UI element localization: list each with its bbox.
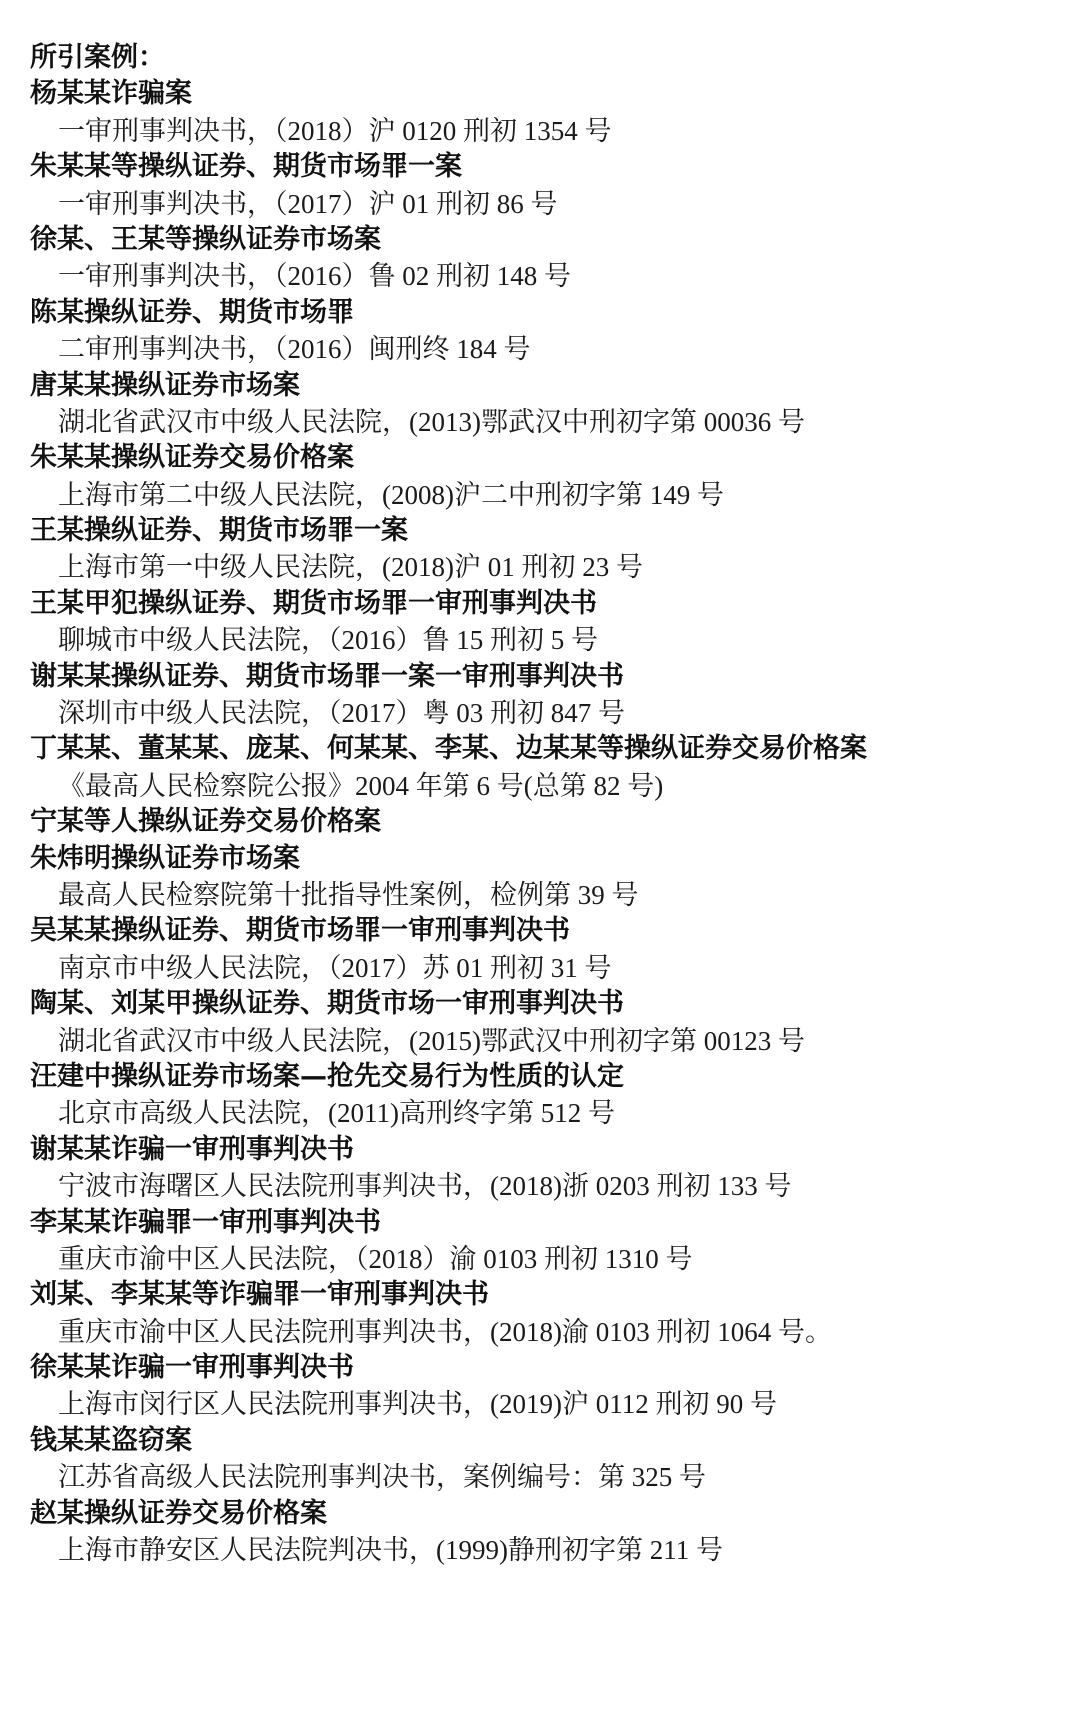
case-entry: 汪建中操纵证券市场案—抢先交易行为性质的认定 北京市高级人民法院，(2011)高… (30, 1059, 1060, 1132)
case-title: 王某甲犯操纵证券、期货市场罪一审刑事判决书 (30, 586, 1060, 622)
case-entry: 陈某操纵证券、期货市场罪 二审刑事判决书，（2016）闽刑终 184 号 (30, 295, 1060, 368)
case-entry: 陶某、刘某甲操纵证券、期货市场一审刑事判决书 湖北省武汉市中级人民法院，(201… (30, 986, 1060, 1059)
case-entry: 宁某等人操纵证券交易价格案 (30, 804, 1060, 840)
case-citation: 聊城市中级人民法院，（2016）鲁 15 刑初 5 号 (30, 622, 1060, 658)
case-title: 吴某某操纵证券、期货市场罪一审刑事判决书 (30, 913, 1060, 949)
case-citation: 最高人民检察院第十批指导性案例，检例第 39 号 (30, 877, 1060, 913)
case-citation: 湖北省武汉市中级人民法院，(2015)鄂武汉中刑初字第 00123 号 (30, 1023, 1060, 1059)
case-citation: 湖北省武汉市中级人民法院，(2013)鄂武汉中刑初字第 00036 号 (30, 404, 1060, 440)
case-citation: 重庆市渝中区人民法院刑事判决书，(2018)渝 0103 刑初 1064 号。 (30, 1314, 1060, 1350)
case-title: 李某某诈骗罪一审刑事判决书 (30, 1205, 1060, 1241)
case-citation: 《最高人民检察院公报》2004 年第 6 号(总第 82 号) (30, 768, 1060, 804)
case-citation: 南京市中级人民法院，（2017）苏 01 刑初 31 号 (30, 950, 1060, 986)
case-entry: 徐某、王某等操纵证券市场案 一审刑事判决书，（2016）鲁 02 刑初 148 … (30, 222, 1060, 295)
case-title: 徐某某诈骗一审刑事判决书 (30, 1350, 1060, 1386)
case-citation: 宁波市海曙区人民法院刑事判决书，(2018)浙 0203 刑初 133 号 (30, 1168, 1060, 1204)
case-entry: 谢某某操纵证券、期货市场罪一案一审刑事判决书 深圳市中级人民法院，（2017）粤… (30, 659, 1060, 732)
case-citation: 一审刑事判决书，（2016）鲁 02 刑初 148 号 (30, 258, 1060, 294)
case-entry: 唐某某操纵证券市场案 湖北省武汉市中级人民法院，(2013)鄂武汉中刑初字第 0… (30, 368, 1060, 441)
case-entry: 杨某某诈骗案 一审刑事判决书，（2018）沪 0120 刑初 1354 号 (30, 76, 1060, 149)
case-citation: 北京市高级人民法院，(2011)高刑终字第 512 号 (30, 1095, 1060, 1131)
case-title: 徐某、王某等操纵证券市场案 (30, 222, 1060, 258)
case-title: 赵某操纵证券交易价格案 (30, 1496, 1060, 1532)
case-entry: 王某操纵证券、期货市场罪一案 上海市第一中级人民法院，(2018)沪 01 刑初… (30, 513, 1060, 586)
case-entry: 王某甲犯操纵证券、期货市场罪一审刑事判决书 聊城市中级人民法院，（2016）鲁 … (30, 586, 1060, 659)
case-entry: 丁某某、董某某、庞某、何某某、李某、边某某等操纵证券交易价格案 《最高人民检察院… (30, 731, 1060, 804)
case-entry: 吴某某操纵证券、期货市场罪一审刑事判决书 南京市中级人民法院，（2017）苏 0… (30, 913, 1060, 986)
case-entry: 徐某某诈骗一审刑事判决书 上海市闵行区人民法院刑事判决书，(2019)沪 011… (30, 1350, 1060, 1423)
case-citation: 重庆市渝中区人民法院，（2018）渝 0103 刑初 1310 号 (30, 1241, 1060, 1277)
case-citation: 二审刑事判决书，（2016）闽刑终 184 号 (30, 331, 1060, 367)
case-title: 陈某操纵证券、期货市场罪 (30, 295, 1060, 331)
section-heading: 所引案例： (30, 40, 1060, 76)
case-citation: 深圳市中级人民法院，（2017）粤 03 刑初 847 号 (30, 695, 1060, 731)
case-citation: 江苏省高级人民法院刑事判决书，案例编号：第 325 号 (30, 1459, 1060, 1495)
cited-cases-document: 所引案例： 杨某某诈骗案 一审刑事判决书，（2018）沪 0120 刑初 135… (30, 40, 1060, 1568)
case-entry: 谢某某诈骗一审刑事判决书 宁波市海曙区人民法院刑事判决书，(2018)浙 020… (30, 1132, 1060, 1205)
case-title: 谢某某诈骗一审刑事判决书 (30, 1132, 1060, 1168)
case-citation: 上海市第二中级人民法院，(2008)沪二中刑初字第 149 号 (30, 477, 1060, 513)
case-title: 唐某某操纵证券市场案 (30, 368, 1060, 404)
case-entry: 刘某、李某某等诈骗罪一审刑事判决书 重庆市渝中区人民法院刑事判决书，(2018)… (30, 1277, 1060, 1350)
case-citation: 上海市静安区人民法院判决书，(1999)静刑初字第 211 号 (30, 1532, 1060, 1568)
case-citation: 一审刑事判决书，（2017）沪 01 刑初 86 号 (30, 186, 1060, 222)
case-title: 汪建中操纵证券市场案—抢先交易行为性质的认定 (30, 1059, 1060, 1095)
case-title: 王某操纵证券、期货市场罪一案 (30, 513, 1060, 549)
case-title: 朱某某操纵证券交易价格案 (30, 440, 1060, 476)
case-entry: 朱某某等操纵证券、期货市场罪一案 一审刑事判决书，（2017）沪 01 刑初 8… (30, 149, 1060, 222)
case-citation: 一审刑事判决书，（2018）沪 0120 刑初 1354 号 (30, 113, 1060, 149)
case-title: 丁某某、董某某、庞某、何某某、李某、边某某等操纵证券交易价格案 (30, 731, 1060, 767)
case-citation: 上海市闵行区人民法院刑事判决书，(2019)沪 0112 刑初 90 号 (30, 1386, 1060, 1422)
case-title: 钱某某盗窃案 (30, 1423, 1060, 1459)
case-title: 朱炜明操纵证券市场案 (30, 841, 1060, 877)
case-entry: 钱某某盗窃案 江苏省高级人民法院刑事判决书，案例编号：第 325 号 (30, 1423, 1060, 1496)
case-entry: 朱某某操纵证券交易价格案 上海市第二中级人民法院，(2008)沪二中刑初字第 1… (30, 440, 1060, 513)
case-entry: 朱炜明操纵证券市场案 最高人民检察院第十批指导性案例，检例第 39 号 (30, 841, 1060, 914)
case-entry: 李某某诈骗罪一审刑事判决书 重庆市渝中区人民法院，（2018）渝 0103 刑初… (30, 1205, 1060, 1278)
case-citation: 上海市第一中级人民法院，(2018)沪 01 刑初 23 号 (30, 549, 1060, 585)
case-entry: 赵某操纵证券交易价格案 上海市静安区人民法院判决书，(1999)静刑初字第 21… (30, 1496, 1060, 1569)
case-title: 刘某、李某某等诈骗罪一审刑事判决书 (30, 1277, 1060, 1313)
case-title: 杨某某诈骗案 (30, 76, 1060, 112)
case-title: 朱某某等操纵证券、期货市场罪一案 (30, 149, 1060, 185)
case-title: 宁某等人操纵证券交易价格案 (30, 804, 1060, 840)
case-title: 谢某某操纵证券、期货市场罪一案一审刑事判决书 (30, 659, 1060, 695)
case-title: 陶某、刘某甲操纵证券、期货市场一审刑事判决书 (30, 986, 1060, 1022)
